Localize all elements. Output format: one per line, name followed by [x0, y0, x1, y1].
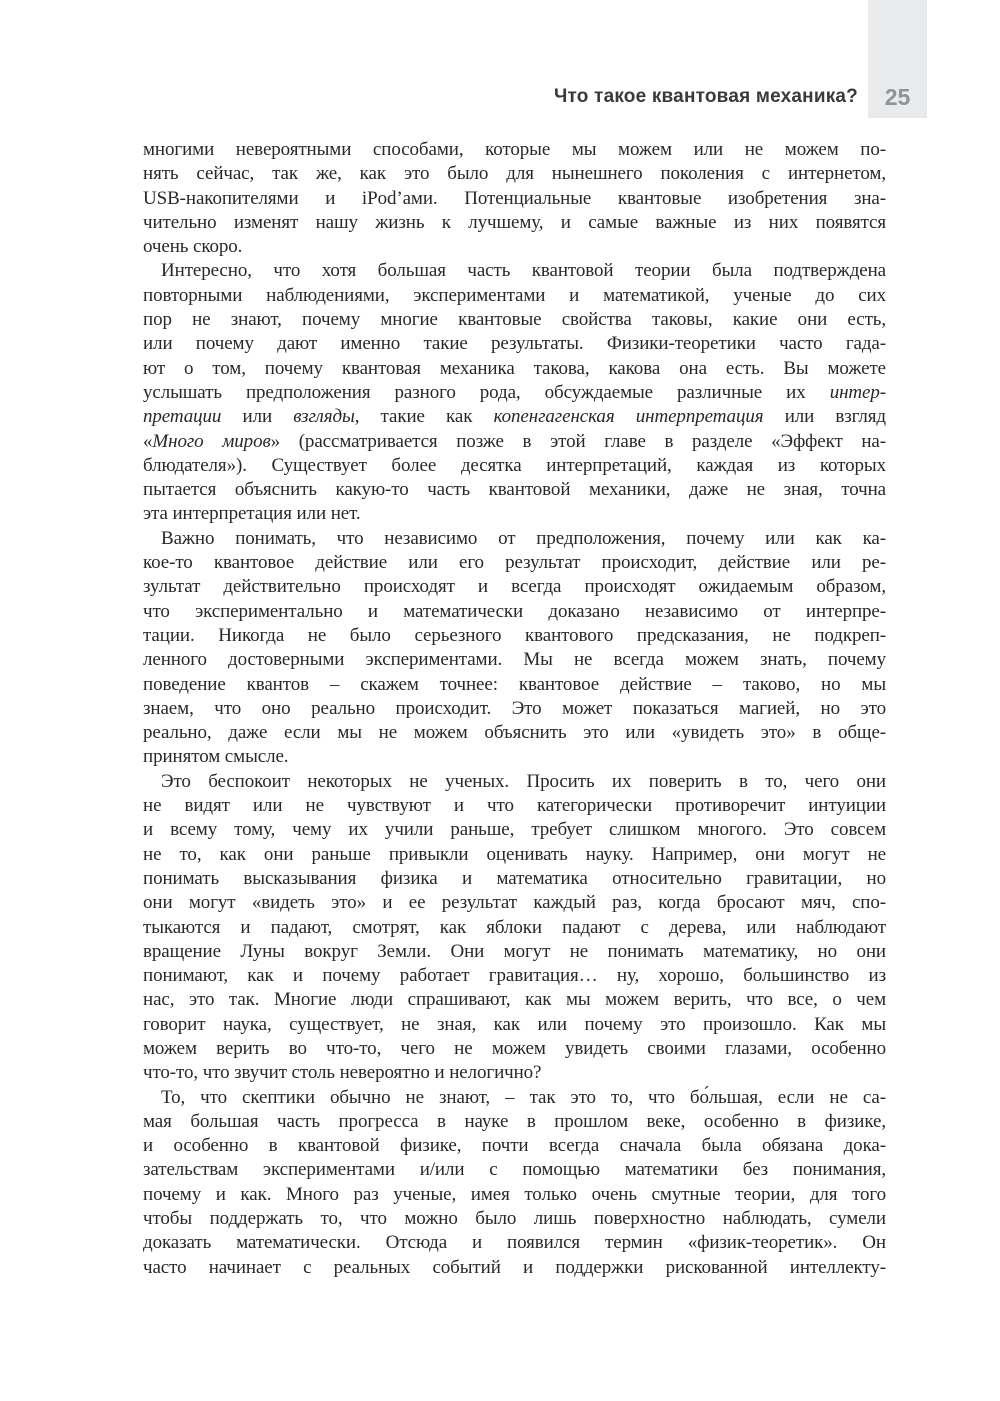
text-line: «Много миров» (рассматривается позже в э…	[143, 430, 886, 454]
text-line: То, что скептики обычно не знают, – так …	[143, 1086, 886, 1110]
text-line: понимают, как и почему работает гравитац…	[143, 964, 886, 988]
text-line: чтобы поддержать то, что можно было лишь…	[143, 1207, 886, 1231]
text-line: они могут «видеть это» и ее результат ка…	[143, 891, 886, 915]
text-line: принятом смысле.	[143, 745, 886, 769]
text-line: кое-то квантовое действие или его резуль…	[143, 551, 886, 575]
text-line: Важно понимать, что независимо от предпо…	[143, 527, 886, 551]
paragraph: Важно понимать, что независимо от предпо…	[143, 527, 886, 770]
text-line: USB-накопителями и iPod’ами. Потенциальн…	[143, 187, 886, 211]
text-line: Интересно, что хотя большая часть кванто…	[143, 259, 886, 283]
text-line: поведение квантов – скажем точнее: квант…	[143, 673, 886, 697]
text-line: реально, даже если мы не можем объяснить…	[143, 721, 886, 745]
text-line: что-то, что звучит столь невероятно и не…	[143, 1061, 886, 1085]
paragraph: То, что скептики обычно не знают, – так …	[143, 1086, 886, 1280]
text-line: чительно изменят нашу жизнь к лучшему, и…	[143, 211, 886, 235]
text-line: повторными наблюдениями, экспериментами …	[143, 284, 886, 308]
text-line: эта интерпретация или нет.	[143, 502, 886, 526]
text-line: пытается объяснить какую-то часть кванто…	[143, 478, 886, 502]
paragraph: Это беспокоит некоторых не ученых. Проси…	[143, 770, 886, 1086]
text-line: Это беспокоит некоторых не ученых. Проси…	[143, 770, 886, 794]
book-page: Что такое квантовая механика? 25 многими…	[0, 0, 1000, 1401]
text-line: не то, как они раньше привыкли оценивать…	[143, 843, 886, 867]
text-line: нять сейчас, так же, как это было для ны…	[143, 162, 886, 186]
text-line: зательствам экспериментами и/или с помощ…	[143, 1158, 886, 1182]
text-line: вращение Луны вокруг Земли. Они могут не…	[143, 940, 886, 964]
text-block: многими невероятными способами, которые …	[143, 138, 886, 1280]
text-line: и особенно в квантовой физике, почти все…	[143, 1134, 886, 1158]
text-line: тыкаются и падают, смотрят, как яблоки п…	[143, 916, 886, 940]
text-line: претации или взгляды, такие как копенгаг…	[143, 405, 886, 429]
text-line: ют о том, почему квантовая механика тако…	[143, 357, 886, 381]
text-line: или почему дают именно такие результаты.…	[143, 332, 886, 356]
running-head: Что такое квантовая механика?	[554, 86, 858, 108]
page-number: 25	[885, 86, 911, 109]
text-line: говорит наука, существует, не зная, как …	[143, 1013, 886, 1037]
text-line: не видят или не чувствуют и что категори…	[143, 794, 886, 818]
text-line: почему и как. Много раз ученые, имея тол…	[143, 1183, 886, 1207]
text-line: пор не знают, почему многие квантовые св…	[143, 308, 886, 332]
text-line: можем верить во что-то, чего не можем ув…	[143, 1037, 886, 1061]
text-line: очень скоро.	[143, 235, 886, 259]
text-line: понимать высказывания физика и математик…	[143, 867, 886, 891]
page-number-box: 25	[868, 0, 927, 118]
text-line: многими невероятными способами, которые …	[143, 138, 886, 162]
text-line: ленного достоверными экспериментами. Мы …	[143, 648, 886, 672]
paragraph: многими невероятными способами, которые …	[143, 138, 886, 259]
text-line: знаем, что оно реально происходит. Это м…	[143, 697, 886, 721]
text-line: мая большая часть прогресса в науке в пр…	[143, 1110, 886, 1134]
text-line: часто начинает с реальных событий и подд…	[143, 1256, 886, 1280]
text-line: нас, это так. Многие люди спрашивают, ка…	[143, 988, 886, 1012]
text-line: тации. Никогда не было серьезного кванто…	[143, 624, 886, 648]
text-line: зультат действительно происходят и всегд…	[143, 575, 886, 599]
text-line: услышать предположения разного рода, обс…	[143, 381, 886, 405]
text-line: доказать математически. Отсюда и появилс…	[143, 1231, 886, 1255]
text-line: что экспериментально и математически док…	[143, 600, 886, 624]
text-line: блюдателя»). Существует более десятка ин…	[143, 454, 886, 478]
text-line: и всему тому, чему их учили раньше, треб…	[143, 818, 886, 842]
paragraph: Интересно, что хотя большая часть кванто…	[143, 259, 886, 526]
